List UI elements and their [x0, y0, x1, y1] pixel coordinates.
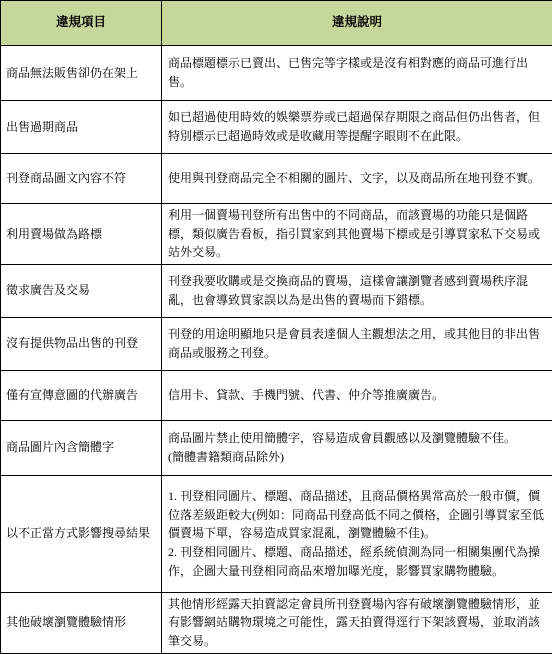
violation-description: 刊登我要收購或是交換商品的賣場，這樣會讓瀏覽者感到賣場秩序混亂，也會導致買家誤以… [162, 264, 552, 317]
violation-description: 商品標題標示已賣出、已售完等字樣或是沒有相對應的商品可進行出售。 [162, 46, 552, 101]
table-row: 利用賣場做為路標 利用一個賣場刊登所有出售中的不同商品，而該賣場的功能只是個路標… [1, 204, 552, 265]
table-row: 刊登商品圖文內容不符 使用與刊登商品完全不相關的圖片、文字，以及商品所在地刊登不… [1, 154, 552, 204]
table-body: 商品無法販售卻仍在架上 商品標題標示已賣出、已售完等字樣或是沒有相對應的商品可進… [1, 46, 552, 654]
table-row: 商品無法販售卻仍在架上 商品標題標示已賣出、已售完等字樣或是沒有相對應的商品可進… [1, 46, 552, 101]
violation-item: 商品無法販售卻仍在架上 [1, 46, 162, 101]
column-header-description: 違規說明 [162, 1, 552, 46]
violation-item: 徵求廣告及交易 [1, 264, 162, 317]
column-header-item: 違規項目 [1, 1, 162, 46]
table-row: 出售過期商品 如已超過使用時效的娛樂票券或已超過保存期限之商品但仍出售者，但特別… [1, 101, 552, 154]
violation-item: 出售過期商品 [1, 101, 162, 154]
violation-description: 商品圖片禁止使用簡體字，容易造成會員觀感以及瀏覽體驗不佳。 (簡體書籍類商品除外… [162, 420, 552, 475]
violation-description: 使用與刊登商品完全不相關的圖片、文字，以及商品所在地刊登不實。 [162, 154, 552, 204]
table-row: 僅有宣傳意圖的代辦廣告 信用卡、貸款、手機門號、代書、仲介等推廣廣告。 [1, 370, 552, 420]
violation-item: 利用賣場做為路標 [1, 204, 162, 265]
violation-description: 1. 刊登相同圖片、標題、商品描述，且商品價格異常高於一般市價，價位落差級距較大… [162, 475, 552, 592]
table-row: 商品圖片內含簡體字 商品圖片禁止使用簡體字，容易造成會員觀感以及瀏覽體驗不佳。 … [1, 420, 552, 475]
table-header: 違規項目 違規說明 [1, 1, 552, 46]
violation-description: 如已超過使用時效的娛樂票券或已超過保存期限之商品但仍出售者，但特別標示已超過時效… [162, 101, 552, 154]
violation-description: 刊登的用途明顯地只是會員表達個人主觀想法之用，或其他目的非出售商品或服務之刊登。 [162, 317, 552, 370]
violation-item: 以不正當方式影響搜尋結果 [1, 475, 162, 592]
violation-item: 商品圖片內含簡體字 [1, 420, 162, 475]
violation-item: 刊登商品圖文內容不符 [1, 154, 162, 204]
table-row: 徵求廣告及交易 刊登我要收購或是交換商品的賣場，這樣會讓瀏覽者感到賣場秩序混亂，… [1, 264, 552, 317]
header-row: 違規項目 違規說明 [1, 1, 552, 46]
violation-description: 信用卡、貸款、手機門號、代書、仲介等推廣廣告。 [162, 370, 552, 420]
violation-item: 僅有宣傳意圖的代辦廣告 [1, 370, 162, 420]
violation-description: 利用一個賣場刊登所有出售中的不同商品，而該賣場的功能只是個路標，類似廣告看板，指… [162, 204, 552, 265]
table-row: 以不正當方式影響搜尋結果 1. 刊登相同圖片、標題、商品描述，且商品價格異常高於… [1, 475, 552, 592]
violation-item: 沒有提供物品出售的刊登 [1, 317, 162, 370]
violations-table: 違規項目 違規說明 商品無法販售卻仍在架上 商品標題標示已賣出、已售完等字樣或是… [0, 0, 552, 654]
table-row: 沒有提供物品出售的刊登 刊登的用途明顯地只是會員表達個人主觀想法之用，或其他目的… [1, 317, 552, 370]
